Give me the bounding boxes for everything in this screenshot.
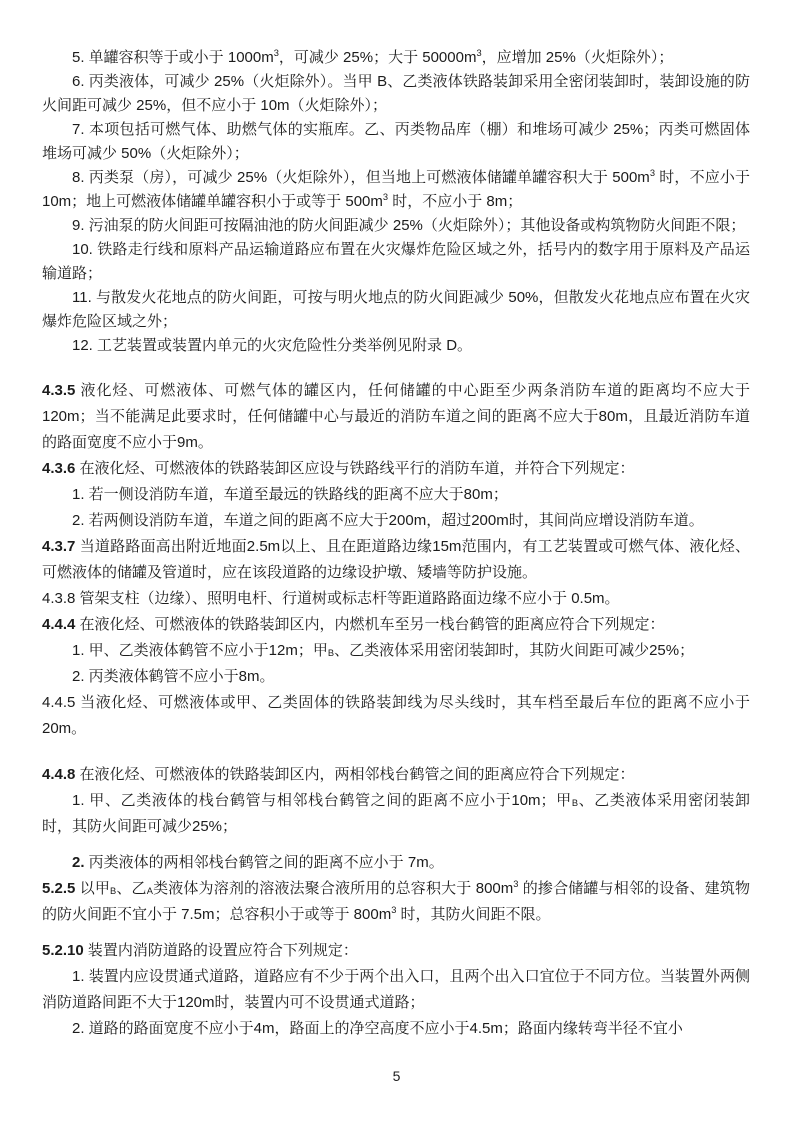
section-4.3.6-item-2: 2. 若两侧设消防车道，车道之间的距离不应大于200m，超过200m时，其间尚应… <box>42 508 750 534</box>
section-4.4.8-item-1: 1. 甲、乙类液体的栈台鹤管与相邻栈台鹤管之间的距离不应小于10m；甲B、乙类液… <box>42 788 750 840</box>
note-11: 11. 与散发火花地点的防火间距，可按与明火地点的防火间距减少 50%，但散发火… <box>42 286 750 334</box>
note-8: 8. 丙类泵（房），可减少 25%（火炬除外），但当地上可燃液体储罐单罐容积大于… <box>42 166 750 214</box>
section-4.3.5: 4.3.5 液化烃、可燃液体、可燃气体的罐区内，任何储罐的中心距至少两条消防车道… <box>42 378 750 456</box>
section-4.4.4-item-2: 2. 丙类液体鹤管不应小于8m。 <box>42 664 750 690</box>
note-12: 12. 工艺装置或装置内单元的火灾危险性分类举例见附录 D。 <box>42 334 750 358</box>
section-4.4.4: 4.4.4 在液化烃、可燃液体的铁路装卸区内，内燃机车至另一栈台鹤管的距离应符合… <box>42 612 750 638</box>
section-4.3.6-item-1: 1. 若一侧设消防车道，车道至最远的铁路线的距离不应大于80m； <box>42 482 750 508</box>
page-number: 5 <box>393 1068 401 1084</box>
section-4.3.7: 4.3.7 当道路路面高出附近地面2.5m以上、且在距道路边缘15m范围内，有工… <box>42 534 750 586</box>
note-7: 7. 本项包括可燃气体、助燃气体的实瓶库。乙、丙类物品库（棚）和堆场可减少 25… <box>42 118 750 166</box>
note-9: 9. 污油泵的防火间距可按隔油池的防火间距减少 25%（火炬除外）；其他设备或构… <box>42 214 750 238</box>
note-6: 6. 丙类液体，可减少 25%（火炬除外）。当甲 B、乙类液体铁路装卸采用全密闭… <box>42 70 750 118</box>
section-5.2.10-item-1: 1. 装置内应设贯通式道路，道路应有不少于两个出入口，且两个出入口宜位于不同方位… <box>42 964 750 1016</box>
section-4.3.6: 4.3.6 在液化烃、可燃液体的铁路装卸区应设与铁路线平行的消防车道，并符合下列… <box>42 456 750 482</box>
section-4.4.4-item-1: 1. 甲、乙类液体鹤管不应小于12m；甲B、乙类液体采用密闭装卸时，其防火间距可… <box>42 638 750 664</box>
page-footer: 5 <box>0 1066 793 1086</box>
note-5: 5. 单罐容积等于或小于 1000m3，可减少 25%；大于 50000m3，应… <box>42 46 750 70</box>
section-5.2.5: 5.2.5 以甲B、乙A类液体为溶剂的溶液法聚合液所用的总容积大于 800m3 … <box>42 876 750 928</box>
section-4.4.8: 4.4.8 在液化烃、可燃液体的铁路装卸区内，两相邻栈台鹤管之间的距离应符合下列… <box>42 762 750 788</box>
document-page: 5. 单罐容积等于或小于 1000m3，可减少 25%；大于 50000m3，应… <box>0 0 793 1122</box>
section-4.4.5: 4.4.5 当液化烃、可燃液体或甲、乙类固体的铁路装卸线为尽头线时，其车档至最后… <box>42 690 750 742</box>
section-4.3.8: 4.3.8 管架支柱（边缘）、照明电杆、行道树或标志杆等距道路路面边缘不应小于 … <box>42 586 750 612</box>
note-10: 10. 铁路走行线和原料产品运输道路应布置在火灾爆炸危险区域之外，括号内的数字用… <box>42 238 750 286</box>
section-4.4.8-item-2: 2. 丙类液体的两相邻栈台鹤管之间的距离不应小于 7m。 <box>42 850 750 876</box>
document-body: 5. 单罐容积等于或小于 1000m3，可减少 25%；大于 50000m3，应… <box>0 0 793 1042</box>
section-5.2.10: 5.2.10 装置内消防道路的设置应符合下列规定： <box>42 938 750 964</box>
section-5.2.10-item-2: 2. 道路的路面宽度不应小于4m，路面上的净空高度不应小于4.5m；路面内缘转弯… <box>42 1016 750 1042</box>
